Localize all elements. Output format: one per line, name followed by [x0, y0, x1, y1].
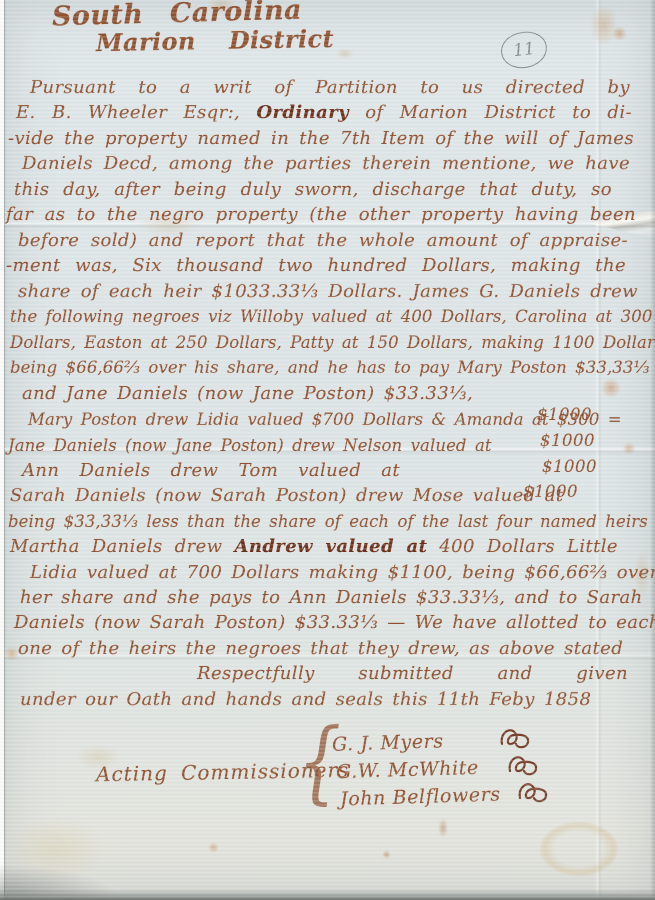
seal-icon: [506, 753, 540, 779]
manuscript-line: -ment was, Six thousand two hundred Doll…: [6, 254, 626, 278]
signature-name: G. J. Myers: [332, 730, 444, 755]
manuscript-line: Ann Daniels drew Tom valued at: [22, 459, 400, 483]
manuscript-line: E. B. Wheeler Esqr:, Ordinary of Marion …: [16, 101, 632, 125]
stain: [336, 48, 354, 59]
manuscript-line: Martha Daniels drew Andrew valued at 400…: [10, 535, 618, 559]
scan-edge-bottom: [0, 889, 655, 900]
manuscript-line: being $66,66⅔ over his share, and he has…: [10, 356, 640, 380]
stain: [622, 442, 636, 455]
stain: [6, 816, 106, 882]
heading-district: Marion District: [96, 27, 334, 55]
amount-value: $1000: [542, 457, 597, 476]
manuscript-line: Mary Poston drew Lidia valued $700 Dolla…: [28, 408, 528, 432]
scan-edge-left: [0, 0, 7, 900]
line-segment: E. B. Wheeler Esqr:,: [16, 102, 256, 123]
manuscript-line: Lidia valued at 700 Dollars making $1100…: [30, 561, 622, 585]
stain: [438, 818, 448, 838]
manuscript-line: one of the heirs the negroes that they d…: [18, 637, 610, 661]
signature-name: G.W. McWhite: [336, 757, 479, 783]
stain: [382, 850, 391, 859]
manuscript-line: far as to the negro property (the other …: [6, 203, 636, 227]
seal-icon: [516, 780, 550, 806]
manuscript-line: -vide the property named in the 7th Item…: [8, 127, 634, 151]
line-segment: 400 Dollars Little: [427, 536, 618, 557]
manuscript-line: Jane Daniels (now Jane Poston) drew Nels…: [8, 434, 445, 458]
manuscript-line: and Jane Daniels (now Jane Poston) $33.3…: [22, 382, 352, 406]
manuscript-line: Respectfully submitted and given: [197, 662, 628, 686]
manuscript-line: Dollars, Easton at 250 Dollars, Patty at…: [10, 331, 640, 355]
pencil-page-number: 11: [499, 29, 549, 70]
stain: [590, 4, 618, 46]
amount-value: $1000: [523, 482, 578, 501]
manuscript-line: before sold) and report that the whole a…: [18, 229, 628, 253]
line-segment-overwritten: Andrew valued at: [234, 536, 427, 557]
scan-corner-shadow: [0, 864, 120, 900]
manuscript-line: being $33,33⅓ less than the share of eac…: [8, 510, 620, 534]
signature-name: John Belflowers: [340, 783, 501, 810]
manuscript-line: Sarah Daniels (now Sarah Poston) drew Mo…: [10, 484, 470, 508]
manuscript-line: the following negroes viz Willoby valued…: [10, 305, 642, 329]
stain: [612, 26, 627, 41]
line-segment-overwritten: Ordinary: [256, 102, 348, 123]
amount-value: $1000: [537, 405, 592, 424]
line-segment: of Marion District to di-: [349, 102, 632, 123]
stain: [208, 842, 219, 853]
manuscript-line: Daniels (now Sarah Poston) $33.33⅓ — We …: [14, 611, 630, 635]
stain: [600, 378, 622, 398]
seal-icon: [498, 726, 532, 752]
page-number-text: 11: [512, 39, 536, 61]
stain: [4, 646, 19, 661]
amount-value: $1000: [540, 431, 595, 450]
manuscript-line: this day, after being duly sworn, discha…: [14, 178, 612, 202]
manuscript-line: her share and she pays to Ann Daniels $3…: [20, 586, 620, 610]
manuscript-line: Pursuant to a writ of Partition to us di…: [30, 76, 630, 100]
scan-edge-right: [650, 0, 655, 900]
document-scan: 11 South Carolina Marion District Pursua…: [0, 0, 655, 900]
signature-brace: {: [297, 714, 341, 811]
manuscript-line: under our Oath and hands and seals this …: [20, 688, 560, 712]
manuscript-line: share of each heir $1033.33⅓ Dollars. Ja…: [18, 280, 638, 304]
stain: [540, 822, 618, 876]
line-segment: Martha Daniels drew: [10, 536, 234, 557]
manuscript-line: Daniels Decd, among the parties therein …: [22, 152, 630, 176]
